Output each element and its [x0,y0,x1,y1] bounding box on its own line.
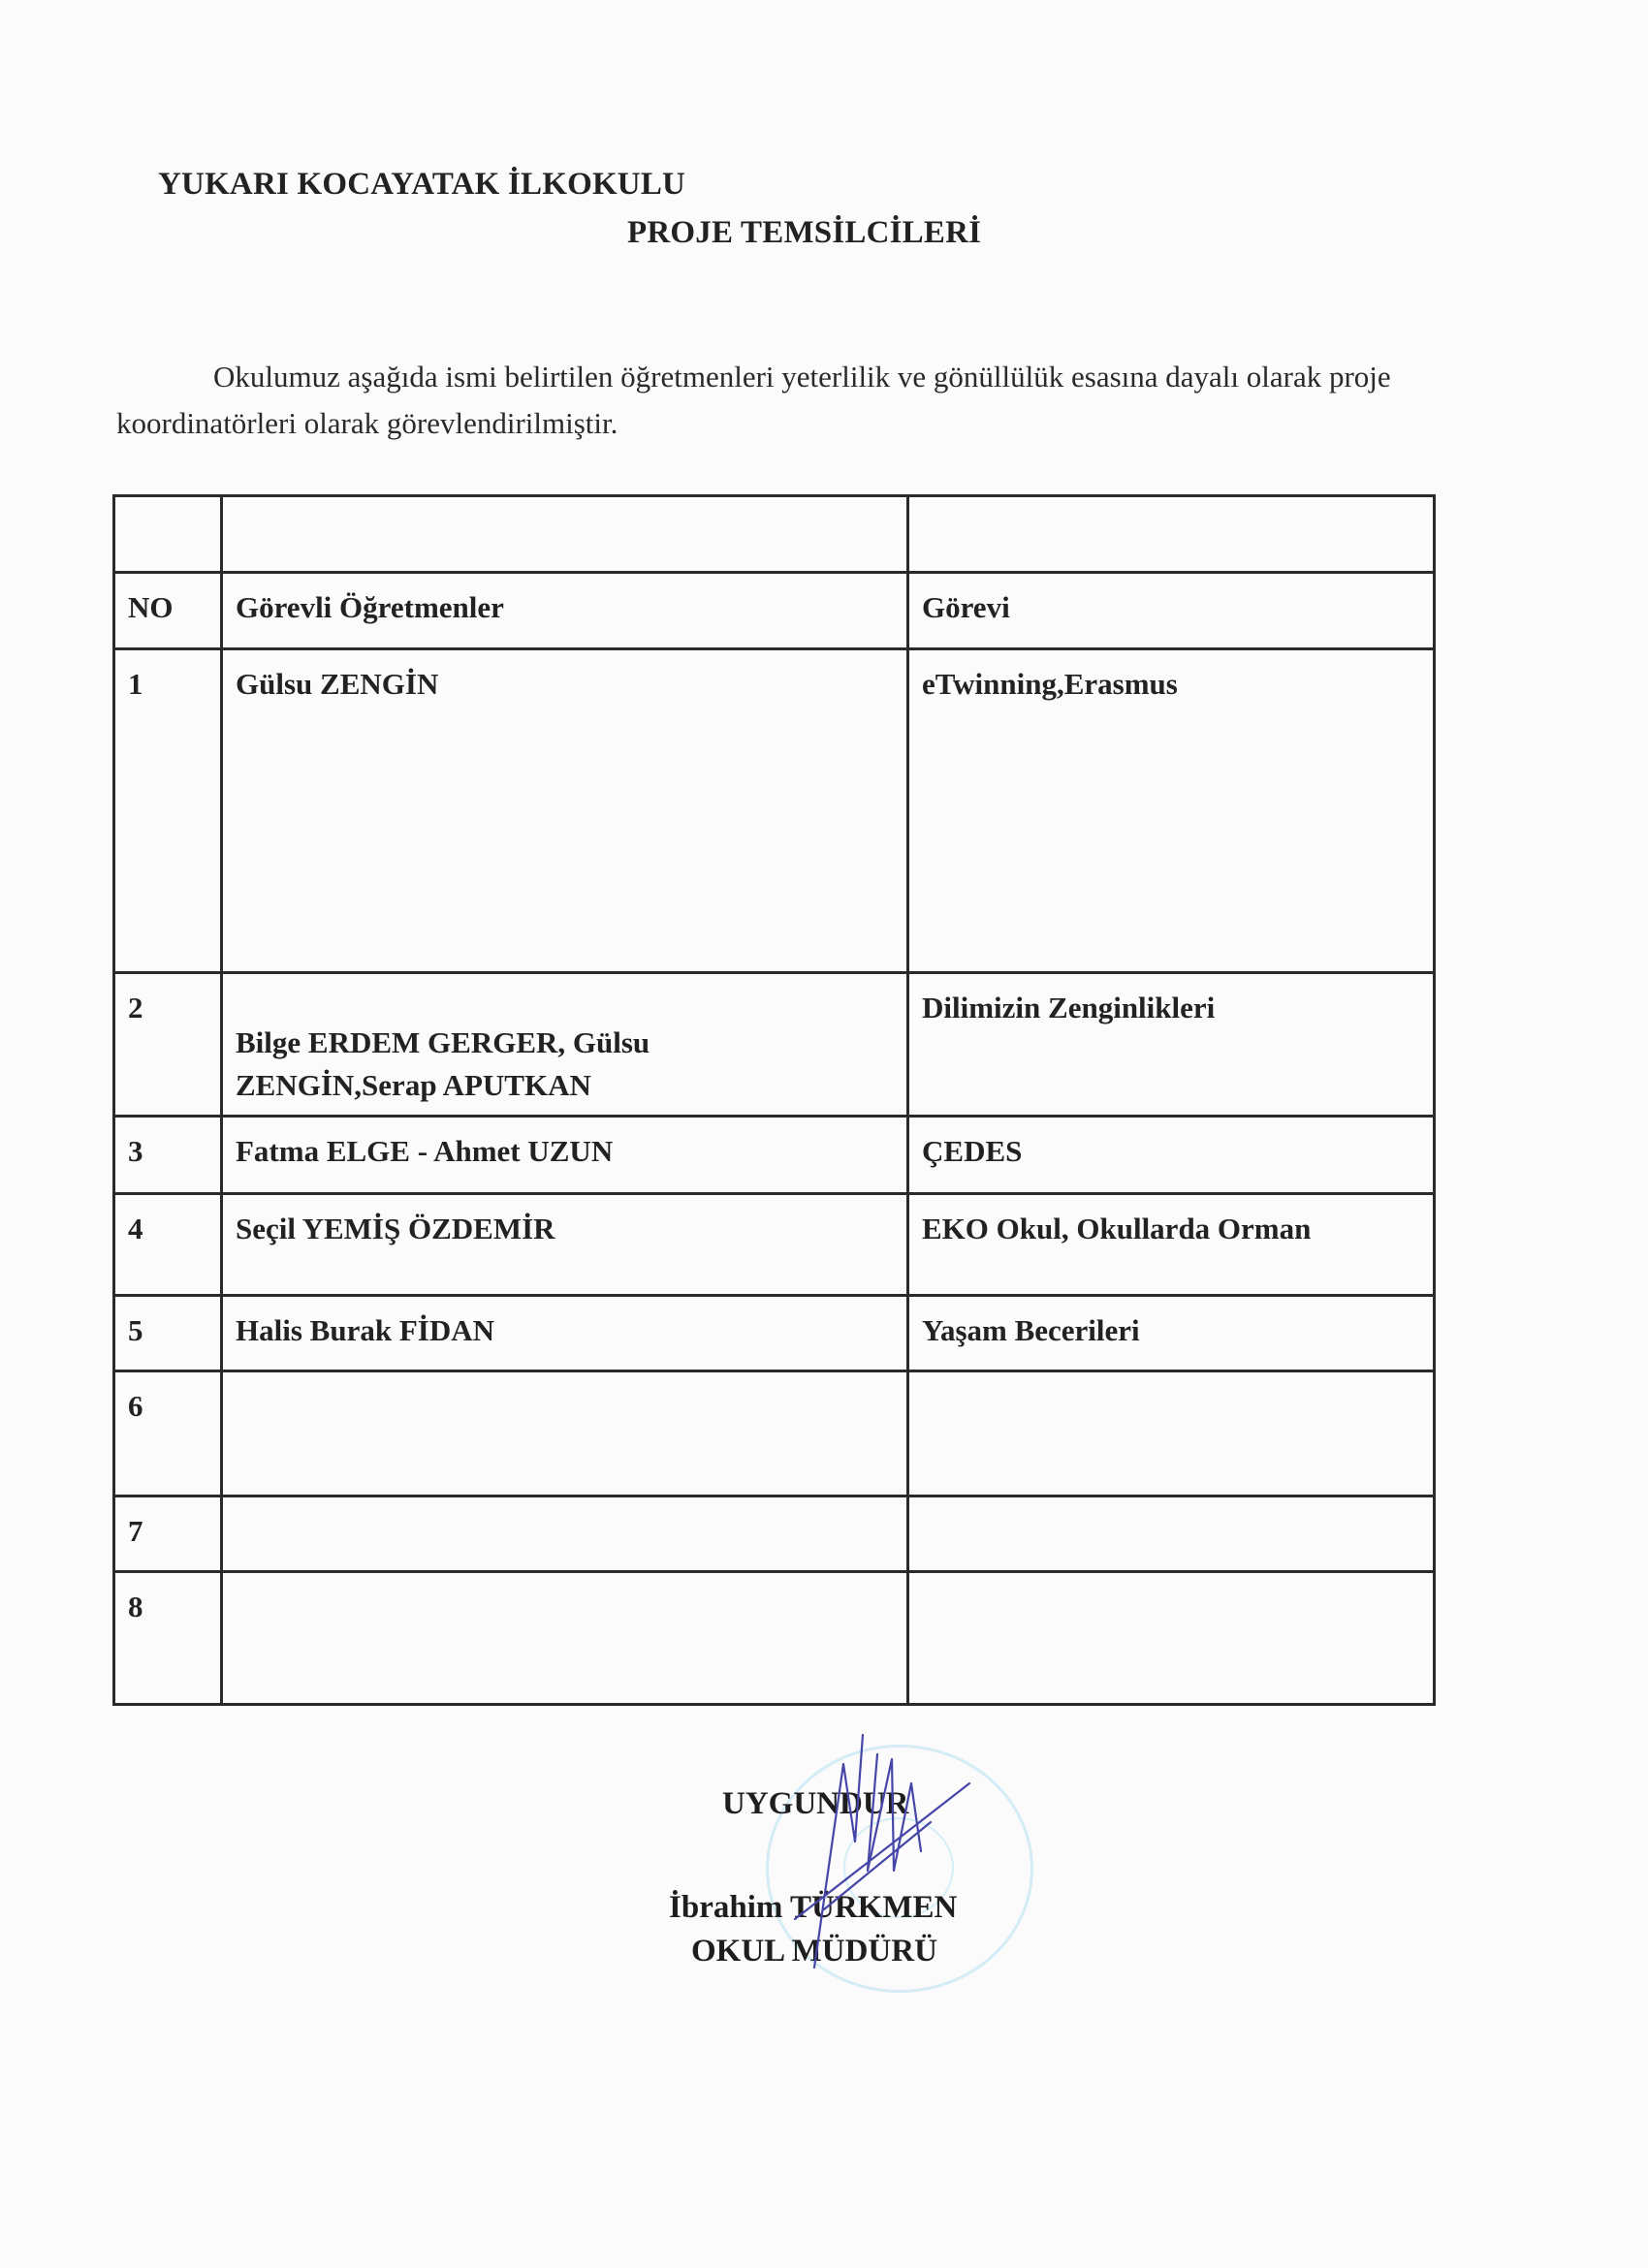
table-column-border [220,494,223,1706]
table-row-border [112,494,1436,497]
intro-text: Okulumuz aşağıda ismi belirtilen öğretme… [116,360,1391,440]
row-number: 5 [128,1313,143,1348]
table-row-border [112,1294,1436,1297]
assigned-duty: ÇEDES [922,1134,1022,1169]
table-row-border [112,571,1436,574]
assigned-duty: Yaşam Becerileri [922,1313,1140,1348]
row-number: 3 [128,1134,143,1169]
assigned-duty: eTwinning,Erasmus [922,667,1178,702]
table-column-border [112,494,115,1706]
signature-icon [785,1725,979,1977]
assigned-teachers: Halis Burak FİDAN [236,1313,494,1348]
table-row-border [112,1192,1436,1195]
table-row-border [112,1370,1436,1372]
table-row-border [112,647,1436,650]
table-header-cell: Görevi [922,590,1010,625]
row-number: 4 [128,1212,143,1246]
table-row-border [112,1570,1436,1573]
row-number: 8 [128,1590,143,1624]
table-row-border [112,1115,1436,1118]
row-number: 2 [128,991,143,1025]
row-number: 7 [128,1514,143,1549]
assigned-teachers: Bilge ERDEM GERGER, Gülsu ZENGİN,Serap A… [236,1022,837,1107]
row-number: 6 [128,1389,143,1424]
row-number: 1 [128,667,143,702]
document-title: PROJE TEMSİLCİLERİ [627,215,981,251]
assigned-teachers: Gülsu ZENGİN [236,667,438,702]
table-column-border [1433,494,1436,1706]
intro-paragraph: Okulumuz aşağıda ismi belirtilen öğretme… [116,354,1512,447]
assigned-teachers: Seçil YEMİŞ ÖZDEMİR [236,1212,555,1246]
table-header-cell: Görevli Öğretmenler [236,590,504,625]
table-row-border [112,1703,1436,1706]
table-row-border [112,971,1436,974]
table-column-border [906,494,909,1706]
school-name: YUKARI KOCAYATAK İLKOKULU [158,167,685,203]
table-header-cell: NO [128,590,174,625]
table-row-border [112,1495,1436,1497]
assigned-duty: Dilimizin Zenginlikleri [922,991,1215,1025]
assigned-duty: EKO Okul, Okullarda Orman [922,1212,1311,1246]
assigned-teachers: Fatma ELGE - Ahmet UZUN [236,1134,613,1169]
